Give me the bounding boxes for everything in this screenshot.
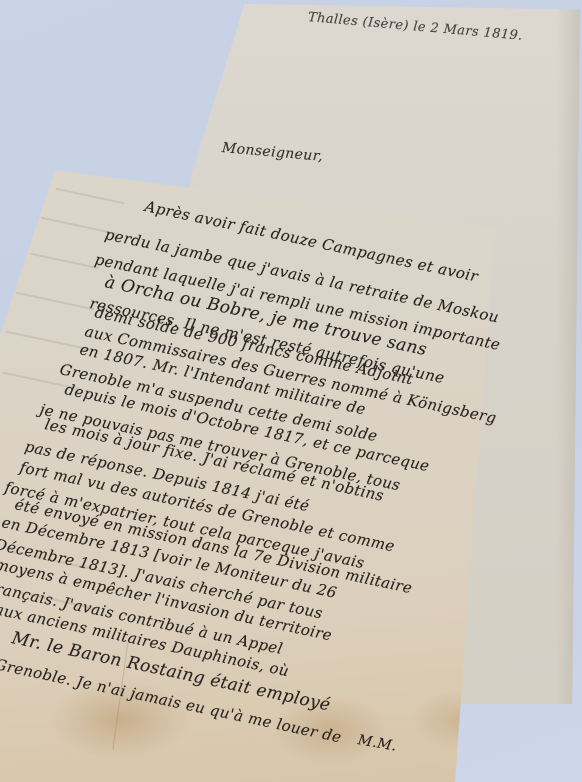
sheet-edge-shadow (556, 4, 580, 704)
letter-photo: Thalles (Isère) le 2 Mars 1819. Monseign… (0, 0, 582, 782)
